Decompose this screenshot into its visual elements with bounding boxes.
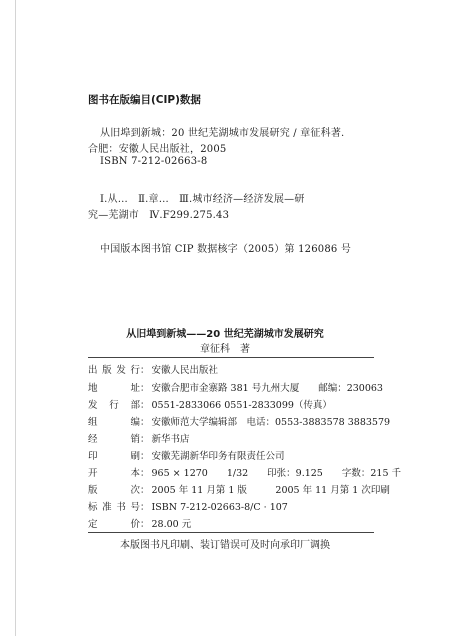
cip-isbn: ISBN 7-212-02663-8 xyxy=(100,156,207,167)
top-divider xyxy=(88,357,374,358)
cip-subject-line-1: Ⅰ.从… Ⅱ.章… Ⅲ.城市经济—经济发展—研 xyxy=(100,190,305,205)
bottom-divider xyxy=(88,532,374,533)
detail-row-address: 地 址：安徽合肥市金寨路 381 号九州大厦 邮编：230063 xyxy=(88,380,383,394)
book-title: 从旧埠到新城——20 世纪芜湖城市发展研究 xyxy=(0,325,450,340)
detail-row-edition: 版 次：2005 年 11 月第 1 版 2005 年 11 月第 1 次印刷 xyxy=(88,482,390,496)
detail-row-publisher: 出版发行：安徽人民出版社 xyxy=(88,362,218,376)
detail-row-sales-dept: 发 行 部：0551-2833066 0551-2833099（传真） xyxy=(88,397,332,411)
cip-line-1: 从旧埠到新城：20 世纪芜湖城市发展研究 / 章征科著. xyxy=(100,124,344,139)
book-author: 章征科 著 xyxy=(0,340,450,355)
detail-row-format: 开 本：965 × 1270 1/32 印张：9.125 字数：215 千 xyxy=(88,465,401,479)
detail-row-isbn: 标准书号：ISBN 7-212-02663-8/C · 107 xyxy=(88,499,288,513)
cip-approval: 中国版本图书馆 CIP 数据核字（2005）第 126086 号 xyxy=(100,240,351,255)
cip-subject-line-2: 究—芜湖市 Ⅳ.F299.275.43 xyxy=(88,206,229,221)
detail-row-printer: 印 刷：安徽芜湖新华印务有限责任公司 xyxy=(88,448,285,462)
cip-line-2: 合肥：安徽人民出版社，2005 xyxy=(88,140,226,155)
cip-heading: 图书在版编目(CIP)数据 xyxy=(88,92,201,107)
detail-row-price: 定 价：28.00 元 xyxy=(88,516,191,530)
detail-row-editor: 组 编：安徽师范大学编辑部 电话：0553-3883578 3883579 xyxy=(88,414,390,428)
print-error-notice: 本版图书凡印刷、装订错误可及时向承印厂调换 xyxy=(0,536,450,551)
detail-row-distributor: 经 销：新华书店 xyxy=(88,431,190,445)
